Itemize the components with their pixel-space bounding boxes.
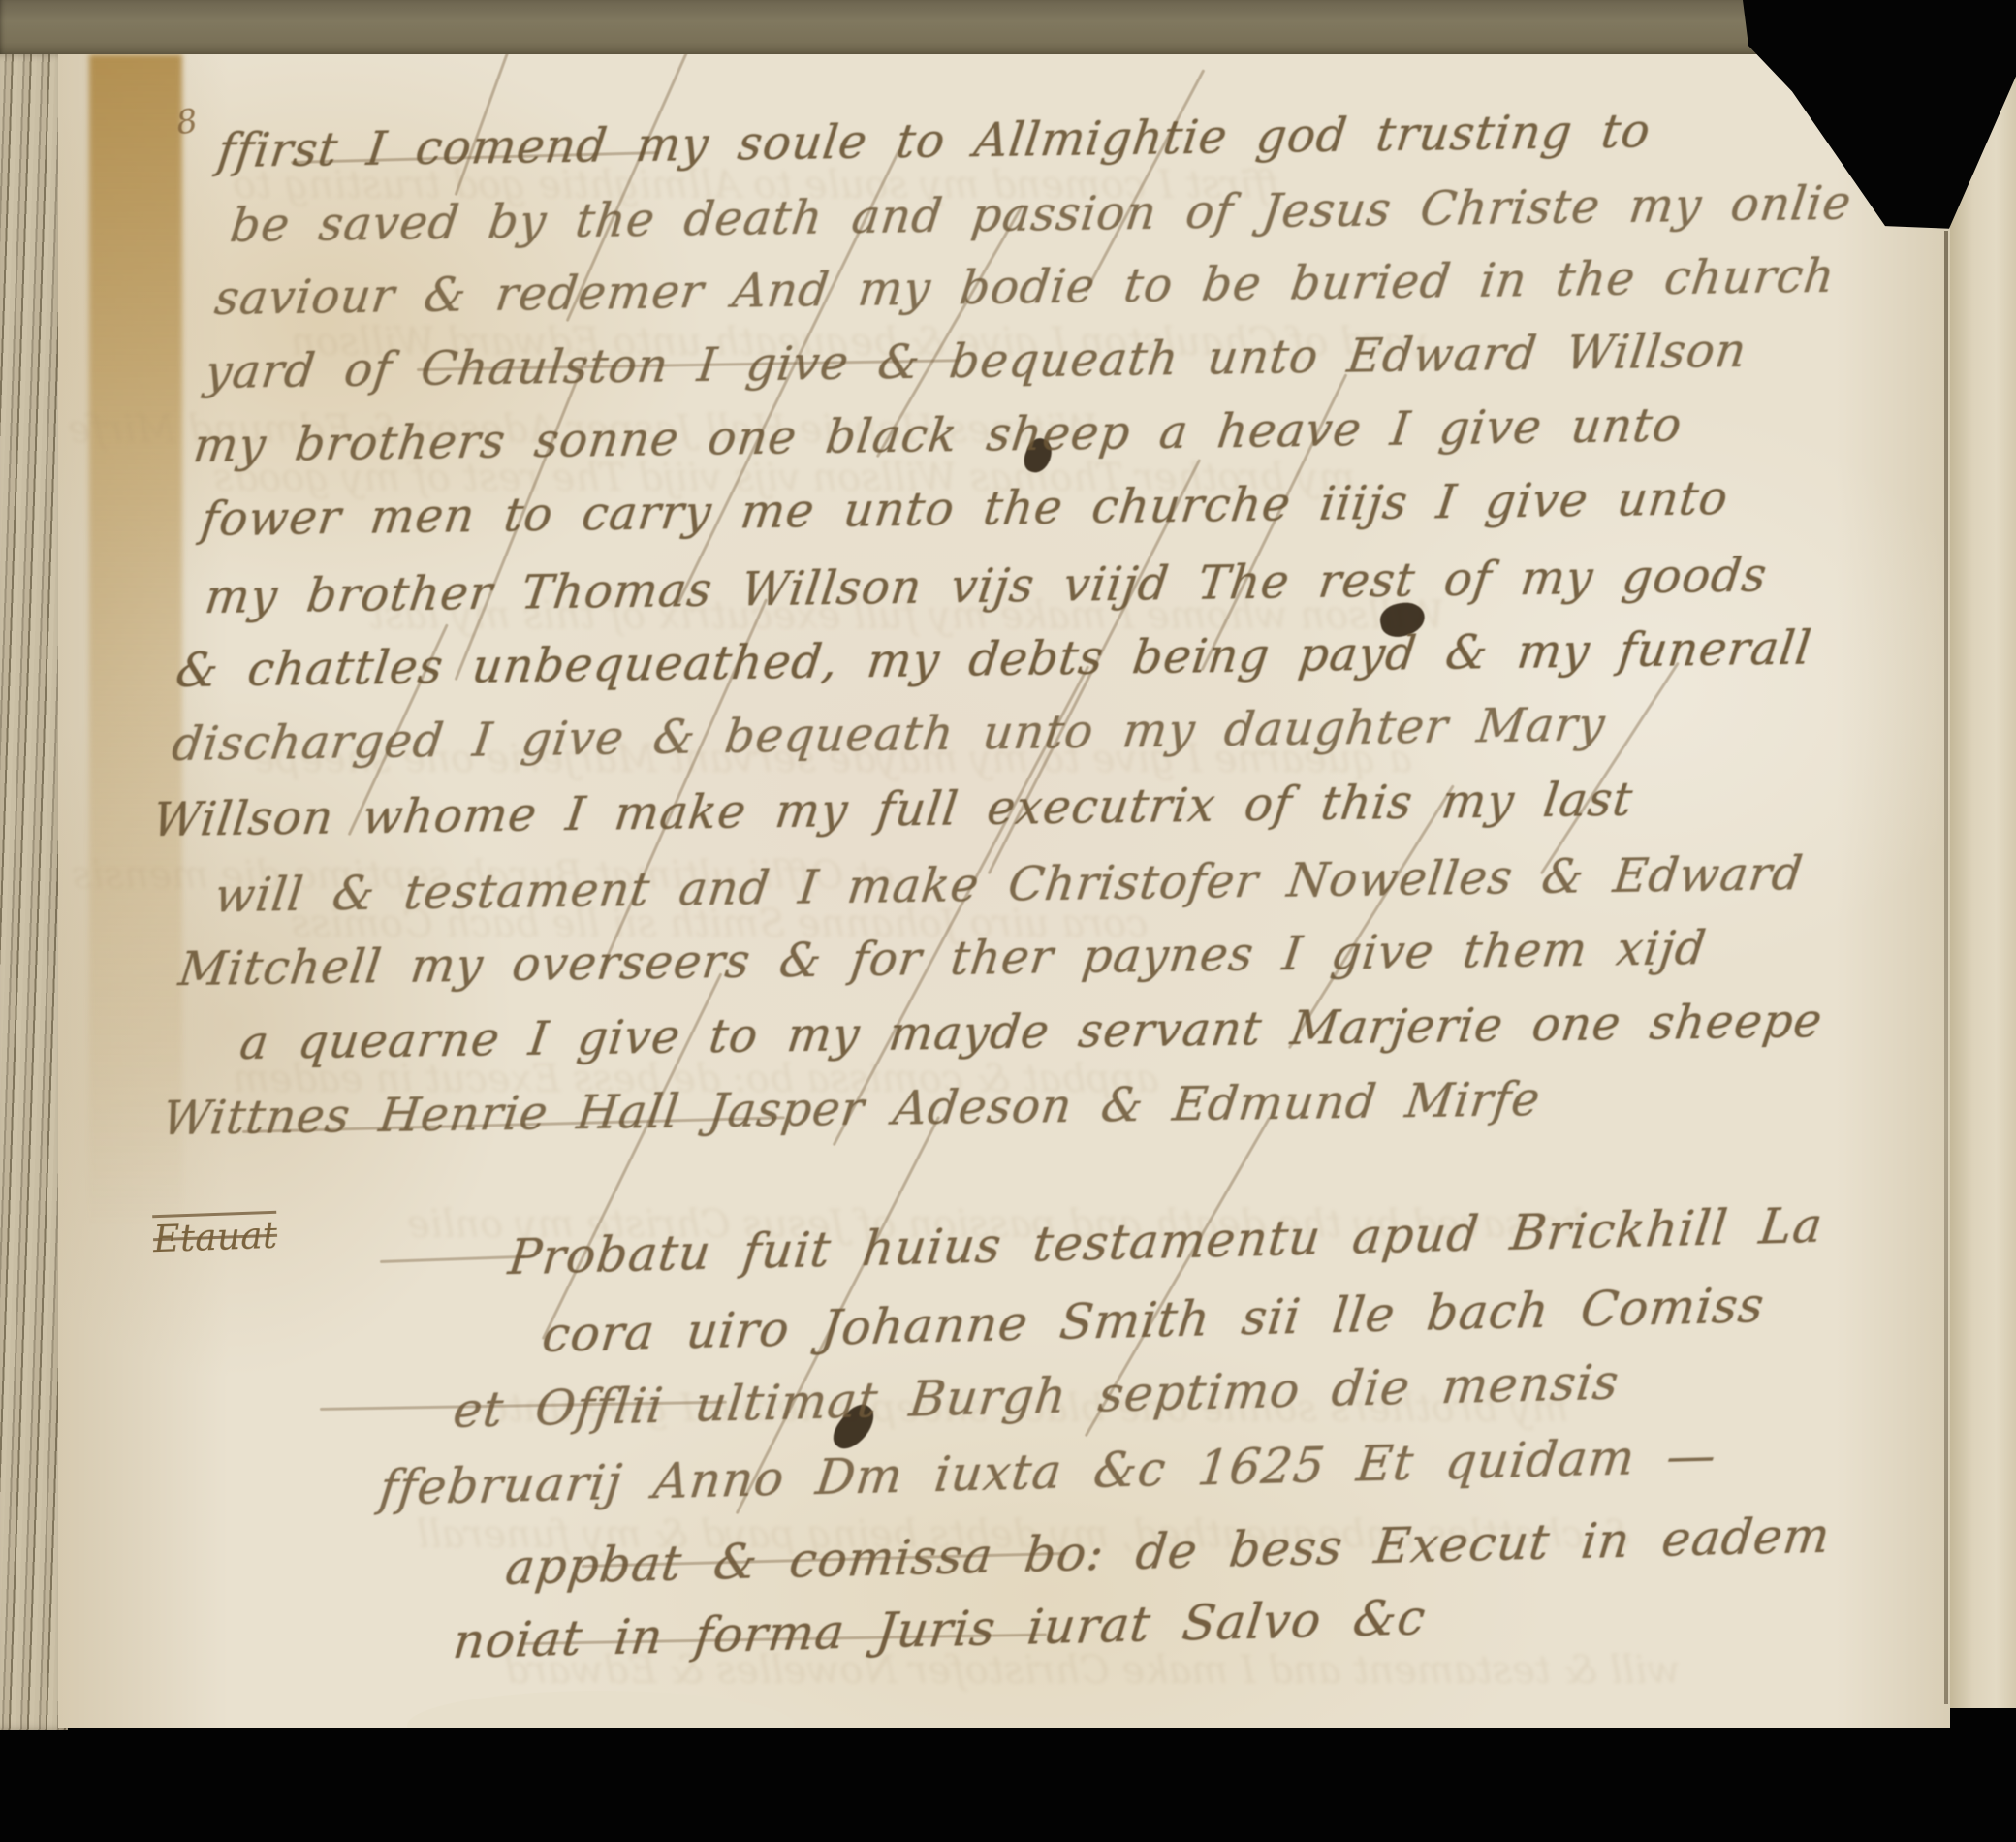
manuscript-line: ffebruarij Anno Dm iuxta &c 1625 Et quid…	[377, 1427, 1720, 1516]
page-bottom-edge	[407, 1691, 795, 1728]
manuscript-line: cora uiro Johanne Smith sii lle bach Com…	[540, 1277, 1768, 1363]
ink-squiggle: 8	[173, 102, 200, 143]
pen-flourish	[380, 1255, 525, 1263]
page-crease	[1944, 231, 1948, 1704]
manuscript-line: ffirst I comend my soule to Allmightie g…	[214, 104, 1654, 178]
margin-note: Etauat	[152, 1214, 278, 1260]
manuscript-line: a quearne I give to my mayde servant Mar…	[236, 994, 1825, 1070]
facing-page-edge	[1950, 58, 2016, 1708]
pen-flourish	[1540, 662, 1680, 875]
manuscript-page: ffirst I comend my soule to Allmightie g…	[58, 54, 1950, 1728]
photograph: ffirst I comend my soule to Allmightie g…	[0, 0, 2016, 1842]
manuscript-line: my brother Thomas Willson vijs viijd The…	[202, 548, 1770, 624]
manuscript-line: saviour & redemer And my bodie to be bur…	[211, 249, 1838, 326]
book-top-edge	[0, 0, 1759, 60]
